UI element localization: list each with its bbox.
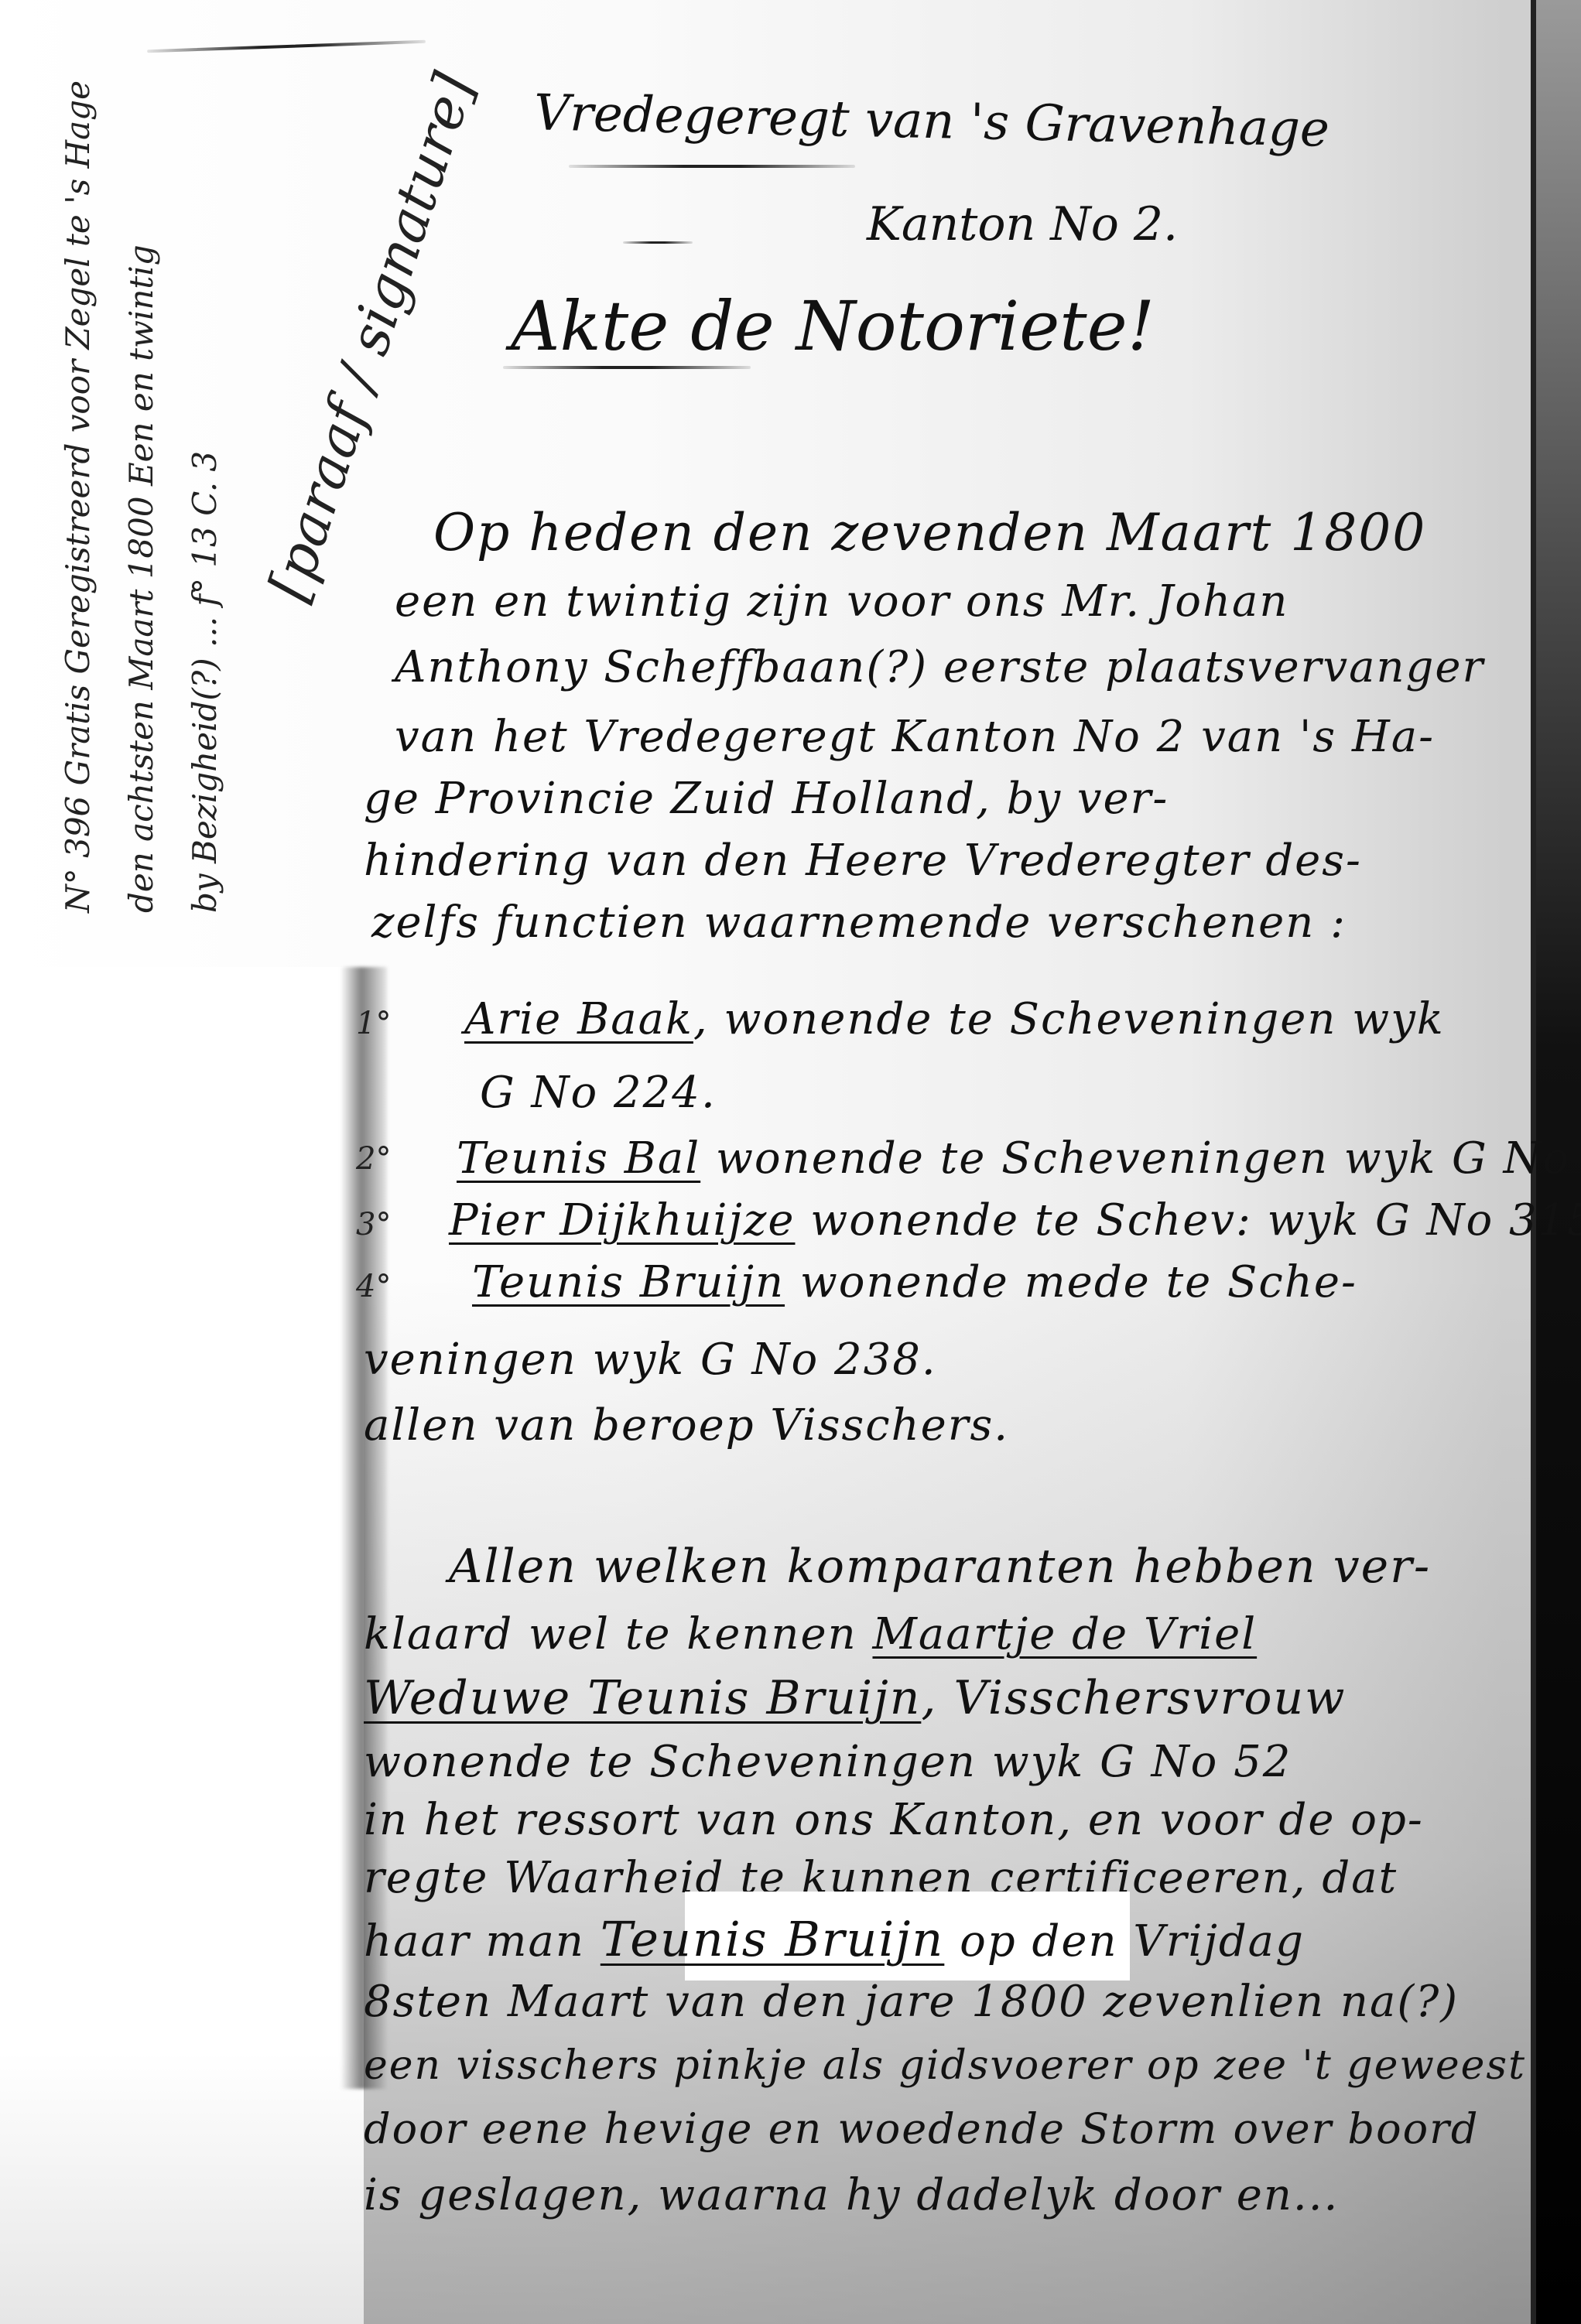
witness-name: Teunis Bal <box>457 1133 700 1184</box>
deed-title: Akte de Notoriete! <box>511 286 1155 366</box>
list-marker: 2° <box>356 1141 391 1177</box>
body-line: in het ressort van ons Kanton, en voor d… <box>364 1795 1424 1845</box>
witness-residence: wonende mede te Sche- <box>785 1257 1357 1307</box>
body-line: van het Vredegeregt Kanton No 2 van 's H… <box>395 712 1435 762</box>
body-line: Op heden den zevenden Maart 1800 <box>433 503 1426 562</box>
witness-entry-continued: veningen wyk G No 238. <box>364 1335 937 1385</box>
occupation-line: allen van beroep Visschers. <box>364 1400 1009 1451</box>
witness-entry: Teunis Bal wonende te Scheveningen wyk G… <box>457 1133 1581 1184</box>
witness-entry: Pier Dijkhuijze wonende te Schev: wyk G … <box>449 1195 1581 1246</box>
margin-note-line: N° 396 Gratis Geregistreerd voor Zegel t… <box>46 62 110 913</box>
margin-registration-note: N° 396 Gratis Geregistreerd voor Zegel t… <box>46 62 237 913</box>
body-line: een en twintig zijn voor ons Mr. Johan <box>395 576 1288 627</box>
person-name: Maartje de Vriel <box>872 1609 1257 1659</box>
body-line: zelfs functien waarnemende verschenen : <box>371 897 1347 948</box>
body-line: klaard wel te kennen Maartje de Vriel <box>364 1609 1257 1659</box>
body-line: wonende te Scheveningen wyk G No 52 <box>364 1737 1292 1787</box>
margin-note-line: den achtsten Maart 1800 Een en twintig <box>110 62 173 913</box>
body-line: door eene hevige en woedende Storm over … <box>364 2104 1479 2153</box>
body-line: Weduwe Teunis Bruijn, Visschersvrouw <box>364 1671 1346 1725</box>
body-line: hindering van den Heere Vrederegter des- <box>364 836 1362 886</box>
canton-heading: Kanton No 2. <box>867 197 1178 251</box>
margin-note-line: by Bezigheid(?) ... f° 13 C. 3 <box>173 62 237 913</box>
witness-name: Arie Baak <box>464 994 693 1044</box>
witness-residence: , wonende te Scheveningen wyk <box>693 994 1445 1044</box>
witness-name: Pier Dijkhuijze <box>449 1195 795 1246</box>
body-line: Anthony Scheffbaan(?) eerste plaatsverva… <box>395 642 1484 692</box>
witness-entry: Teunis Bruijn wonende mede te Sche- <box>472 1257 1357 1307</box>
canton-rule <box>623 241 693 244</box>
list-marker: 4° <box>356 1269 391 1304</box>
body-line: 8sten Maart van den jare 1800 zevenlien … <box>364 1977 1459 2027</box>
witness-residence: wonende te Scheveningen wyk G No 238 <box>700 1133 1581 1184</box>
witness-entry-continued: G No 224. <box>480 1068 717 1118</box>
list-marker: 3° <box>356 1207 391 1242</box>
body-line: een visschers pinkje als gidsvoerer op z… <box>364 2042 1526 2089</box>
witness-entry: Arie Baak, wonende te Scheveningen wyk <box>464 994 1445 1044</box>
list-marker: 1° <box>356 1006 391 1041</box>
body-line: Allen welken komparanten hebben ver- <box>449 1540 1431 1594</box>
title-rule <box>503 366 751 369</box>
body-line: ge Provincie Zuid Holland, by ver- <box>364 774 1169 824</box>
torn-page-area <box>0 967 364 2324</box>
highlighted-person-name: Teunis Bruijn <box>601 1911 945 1967</box>
witness-name: Teunis Bruijn <box>472 1257 785 1307</box>
person-name: Weduwe Teunis Bruijn <box>364 1671 921 1725</box>
body-line: is geslagen, waarna hy dadelyk door en..… <box>364 2170 1339 2220</box>
body-line: haar man Teunis Bruijn op den Vrijdag <box>364 1911 1305 1967</box>
witness-residence: wonende te Schev: wyk G No 315 <box>795 1195 1581 1246</box>
heading-rule <box>569 165 855 168</box>
